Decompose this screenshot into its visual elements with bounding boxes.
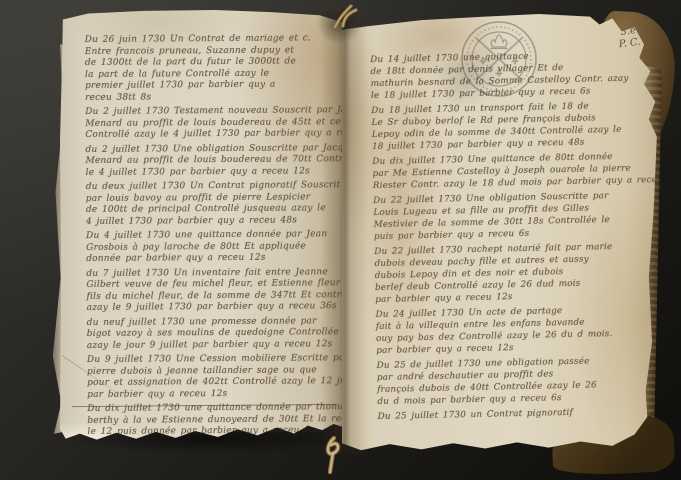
manuscript-line: pour et assignation de 402tt Controllé a… [87, 376, 337, 389]
manuscript-paragraph: du 2 juillet 1730 Une obligation Souscri… [85, 143, 335, 179]
manuscript-paragraph: Du dix juillet 1730 Une quittance de 80t… [372, 150, 649, 192]
right-page: Du 14 juillet 1730 une quittancede 18tt … [342, 14, 660, 452]
manuscript-paragraph: Du 25 de juillet 1730 une obligation pas… [376, 354, 653, 408]
manuscript-line: de 100tt de principal Controllé jusqueau… [86, 203, 336, 216]
manuscript-paragraph: Du 25 juillet 1730 un Contrat pignoratif [377, 405, 653, 423]
manuscript-paragraph: du neuf juillet 1730 une promesse donnée… [87, 316, 337, 352]
left-page-text: Du 26 juin 1730 Un Contrat de mariage et… [85, 33, 338, 441]
manuscript-paragraph: du deux juillet 1730 Un Contrat pignorat… [86, 180, 336, 228]
right-page-text: Du 14 juillet 1730 une quittancede 18tt … [370, 48, 654, 426]
manuscript-paragraph: Du 24 juillet 1730 Un acte de partagefai… [375, 303, 652, 357]
manuscript-line: Controllé azay le 4 juillet 1730 par bar… [85, 128, 335, 141]
manuscript-line: Du 26 juin 1730 Un Contrat de mariage et… [85, 33, 335, 46]
manuscript-line: 4 juillet 1730 par barbier quy a receu 4… [86, 215, 336, 228]
manuscript-scan: Du 26 juin 1730 Un Contrat de mariage et… [0, 0, 681, 480]
manuscript-paragraph: du 7 juillet 1730 Un inventaire fait ent… [86, 267, 336, 315]
manuscript-paragraph: Du 4 juillet 1730 une quittance donnée p… [86, 229, 336, 265]
left-page: Du 26 juin 1730 Un Contrat de mariage et… [60, 10, 342, 444]
manuscript-line: Du 25 juillet 1730 un Contrat pignoratif [377, 405, 653, 423]
royal-control-stamp-icon [456, 16, 542, 102]
manuscript-line: receu 38tt 8s [85, 91, 335, 104]
manuscript-line: le 4 juillet 1730 par barbier quy a rece… [86, 166, 336, 179]
manuscript-line: azay le 9 juillet 1730 par barbier quy a… [86, 301, 336, 314]
manuscript-paragraph: Du 2 juillet 1730 Testament nouveau Sous… [85, 105, 335, 141]
manuscript-paragraph: Du 26 juin 1730 Un Contrat de mariage et… [85, 33, 335, 104]
manuscript-line: azay le jour 9 juillet par barbier quy a… [87, 339, 337, 352]
manuscript-line: Grosbois à pay laroche de 80tt Et appliq… [86, 241, 336, 254]
manuscript-paragraph: Du 22 juillet 1730 Une obligation Souscr… [373, 189, 650, 243]
binding-thread-top-icon [328, 0, 360, 30]
manuscript-paragraph: Du 9 juillet 1730 Une Cession mobiliere … [87, 353, 337, 401]
manuscript-paragraph: Du 18 juillet 1730 un transport fait le … [371, 99, 648, 153]
binding-thread-bottom-icon [322, 436, 348, 478]
manuscript-line: donnée par barbier quy a receu 12s [86, 252, 336, 265]
manuscript-paragraph: Du 22 juillet 1730 rachept notarié fait … [374, 240, 651, 306]
